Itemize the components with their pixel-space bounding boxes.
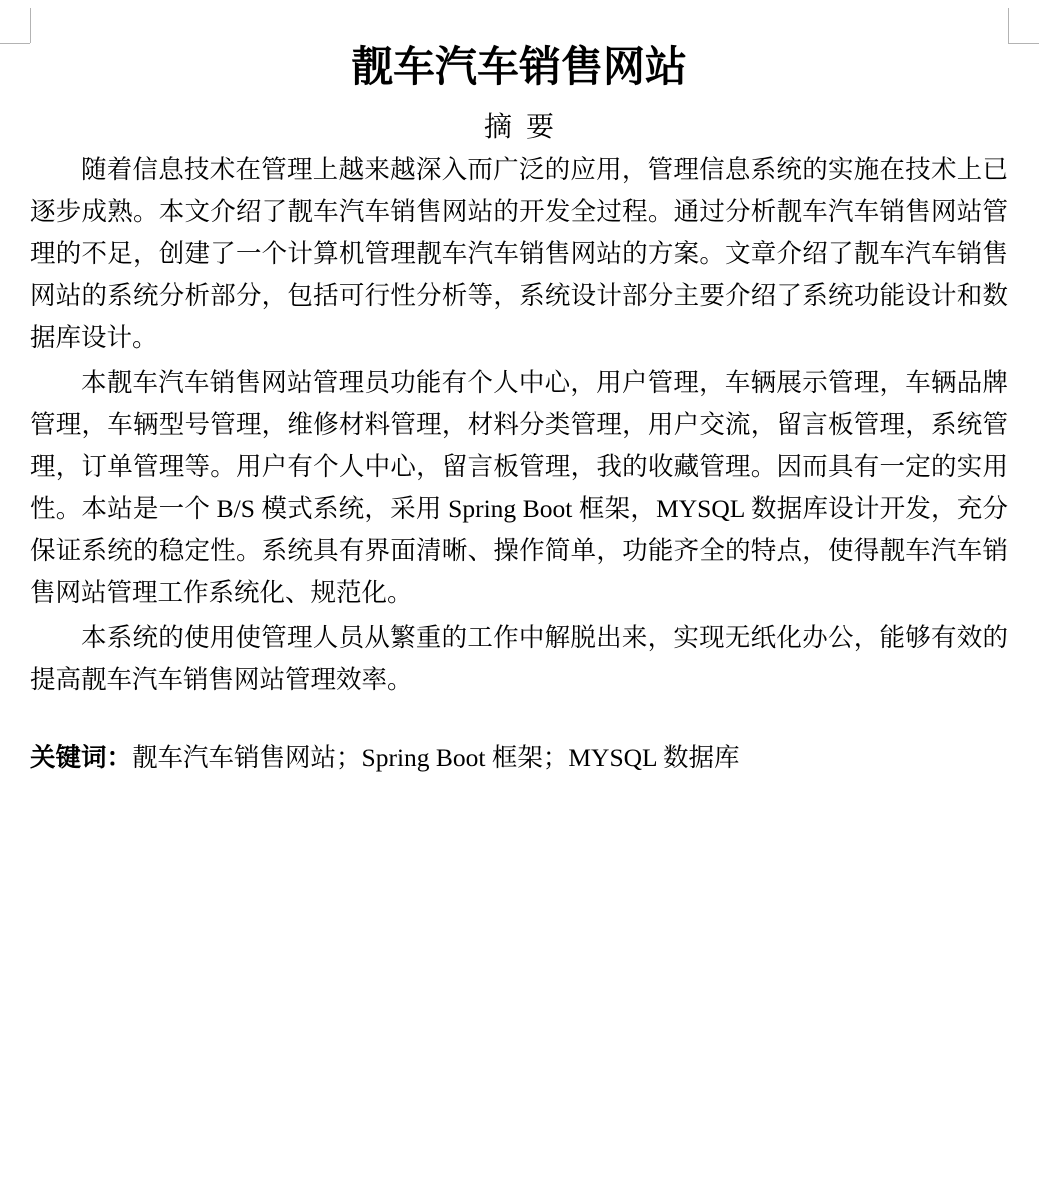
- margin-crop-mark-left-horizontal: [0, 43, 30, 44]
- keywords-text: 靓车汽车销售网站；Spring Boot 框架；MYSQL 数据库: [132, 743, 740, 772]
- page-content: 靓车汽车销售网站 摘要 随着信息技术在管理上越来越深入而广泛的应用，管理信息系统…: [30, 43, 1008, 782]
- abstract-heading: 摘要: [30, 112, 1008, 142]
- document-page[interactable]: 靓车汽车销售网站 摘要 随着信息技术在管理上越来越深入而广泛的应用，管理信息系统…: [0, 0, 1058, 1185]
- keywords-line: 关键词：靓车汽车销售网站；Spring Boot 框架；MYSQL 数据库: [30, 737, 1008, 779]
- abstract-paragraph-1: 随着信息技术在管理上越来越深入而广泛的应用，管理信息系统的实施在技术上已逐步成熟…: [30, 149, 1008, 359]
- abstract-paragraph-2: 本靓车汽车销售网站管理员功能有个人中心，用户管理，车辆展示管理，车辆品牌管理，车…: [30, 362, 1008, 614]
- abstract-paragraph-3: 本系统的使用使管理人员从繁重的工作中解脱出来，实现无纸化办公，能够有效的提高靓车…: [30, 617, 1008, 701]
- margin-crop-mark-right-horizontal: [1008, 43, 1039, 44]
- margin-crop-mark-right-vertical: [1008, 8, 1009, 43]
- keywords-label: 关键词：: [30, 743, 132, 772]
- margin-crop-mark-left-vertical: [30, 8, 31, 43]
- document-title: 靓车汽车销售网站: [30, 43, 1008, 91]
